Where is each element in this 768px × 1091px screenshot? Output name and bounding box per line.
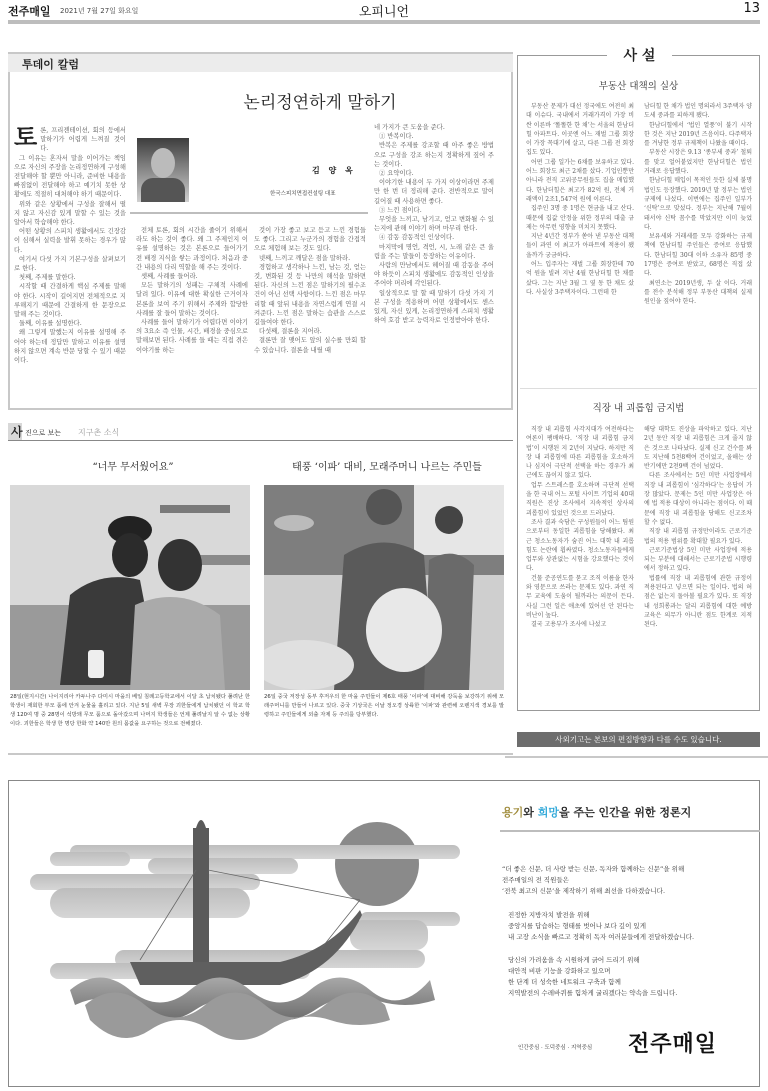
photo1-title: “너무 무서웠어요” bbox=[8, 458, 258, 473]
ad-slogan-rule bbox=[500, 830, 760, 832]
photo-typhoon-image bbox=[264, 485, 504, 690]
editorial2-col1: 직장 내 괴롭힘 사각지대가 여전하다는 여론이 팽배하다. ‘직장 내 괴롭힘… bbox=[526, 425, 634, 630]
ad-paragraph-1: “더 좋은 신문, 더 사랑 받는 신문, 독자와 함께하는 신문”을 위해 전… bbox=[502, 864, 684, 897]
photo-news-header: 사 진으로 보는 지구촌 소식 bbox=[8, 423, 513, 441]
ad-tagline: 인간중심 · 도덕중심 · 지역중심 bbox=[518, 1043, 592, 1051]
editorial-header: 사 설 bbox=[607, 45, 672, 65]
photo2-title: 태풍 ‘이파’ 대비, 모래주머니 나르는 주민들 bbox=[262, 458, 512, 473]
editorial-top-rule-right bbox=[672, 55, 760, 56]
editorial-top-rule-left bbox=[517, 55, 607, 56]
today-column-header: 투데이 칼럼 bbox=[8, 52, 513, 72]
ad-paragraph-3: 당신의 가려움을 속 시원하게 긁어 드리기 위해 대안적 비판 기능을 강화하… bbox=[508, 955, 677, 999]
editorial-divider bbox=[520, 388, 757, 389]
photo-nigeria-image bbox=[10, 485, 250, 690]
column-text-col1: 토 론, 프리젠테이션, 회의 등에서 말하기가 어렵게 느껴질 것이다. 그 … bbox=[14, 126, 126, 365]
column-text-col4: 네 가지가 큰 도움을 준다. ① 반복이다. 반복은 주제를 강조할 때 아주… bbox=[374, 123, 494, 325]
dropcap: 토 bbox=[14, 126, 37, 148]
portrait-suit bbox=[141, 178, 185, 202]
portrait-rule bbox=[130, 212, 368, 214]
waves-back bbox=[85, 993, 390, 1041]
masthead-rule bbox=[8, 20, 760, 24]
editorial2-col2: 해당 대학도 진상을 파악하고 있다. 지난 2년 동안 직장 내 괴롭힘은 크… bbox=[644, 425, 752, 630]
author-name: 김 양 옥 bbox=[312, 165, 356, 176]
editorial2-title: 직장 내 괴롭힘 금지법 bbox=[517, 400, 760, 414]
photo2-caption: 26일 중국 저장성 동부 후저우의 한 마을 주민들이 제6호 태풍 ‘이파’… bbox=[264, 693, 504, 720]
ad-paragraph-2: 진정한 지방자치 발전을 위해 중앙지를 답습하는 형태를 벗어나 보다 깊이 … bbox=[508, 910, 694, 943]
section-title: 오피니언 bbox=[0, 1, 768, 20]
photo1-caption: 28일(현지시간) 나이지리아 카두나주 다미시 마을의 베일 침례고등학교에서… bbox=[10, 693, 250, 729]
ship-hull bbox=[130, 910, 362, 985]
editorial1-title: 부동산 대책의 실상 bbox=[517, 78, 760, 92]
disclaimer-banner: 사외기고는 본보의 편집방향과 다를 수도 있습니다. bbox=[517, 732, 760, 747]
ad-logo: 전주매일 bbox=[628, 1027, 717, 1058]
disclaimer-rule bbox=[505, 756, 768, 758]
author-title: 한국스피치면접컨설팅 대표 bbox=[270, 189, 336, 197]
photo-typhoon-sandbags bbox=[264, 485, 504, 690]
photo-nigeria-reunion bbox=[10, 485, 250, 690]
ship-waves-illustration bbox=[30, 800, 460, 1040]
photo-section-rule bbox=[8, 753, 513, 755]
column-text-col2: 전체 토론, 회의 시간을 줄이기 위해서라도 하는 것이 좋다. 왜 그 주제… bbox=[136, 226, 248, 355]
editorial1-col1: 부동산 문제가 대선 정국에도 여전히 최대 이슈다. 국내에서 거래가격이 가… bbox=[526, 102, 634, 297]
sun-shape bbox=[335, 822, 419, 906]
portrait-face bbox=[151, 148, 175, 178]
mast-pen-nib bbox=[193, 828, 209, 968]
today-column-label: 투데이 칼럼 bbox=[22, 56, 79, 72]
column-headline: 논리정연하게 말하기 bbox=[130, 88, 510, 113]
page-number: 13 bbox=[743, 1, 760, 16]
editorial1-col2: 남더힐 한 채가 법인 명의라서 3주택자 양도세 중과를 피하게 됐다. 한남… bbox=[644, 102, 752, 307]
columnist-photo bbox=[137, 138, 189, 202]
column-text-col3: 것이 가장 좋고 보고 듣고 느낀 경험들도 좋다. 그리고 누군가의 경험을 … bbox=[254, 226, 366, 355]
ad-slogan: 용기와 희망을 주는 인간을 위한 정론지 bbox=[502, 804, 691, 820]
